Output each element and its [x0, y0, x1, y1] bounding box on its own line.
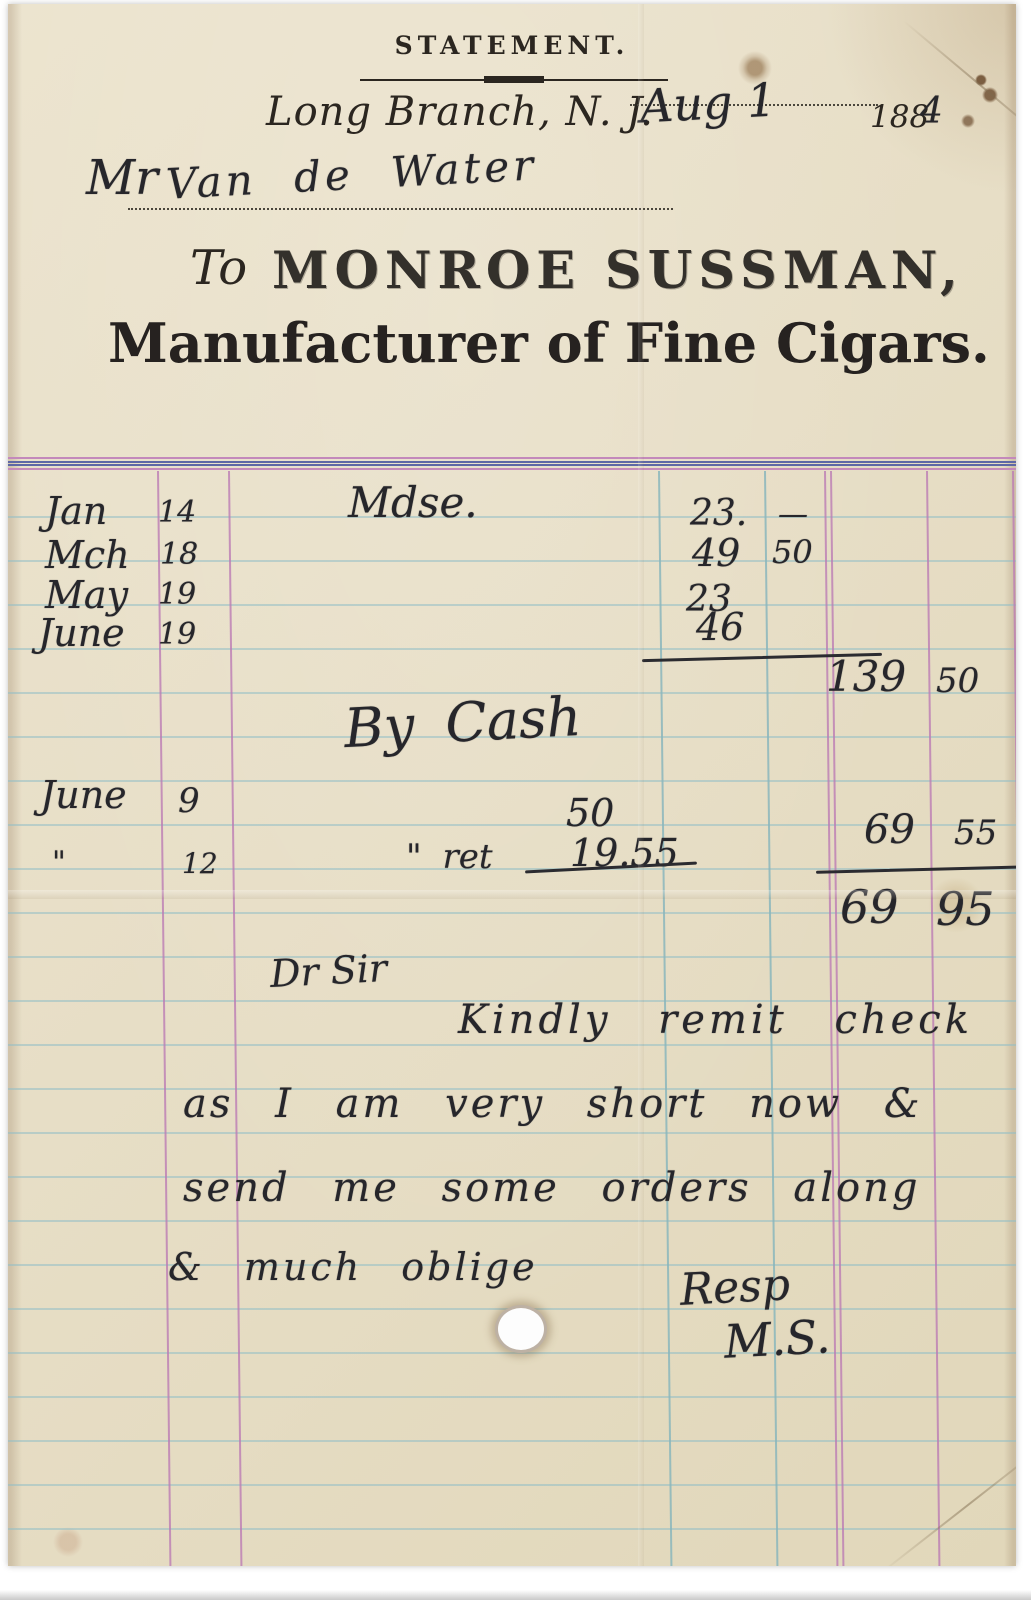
vrule-date-right — [228, 471, 242, 1566]
addressee-dotted-rule — [128, 208, 673, 210]
addressee-prefix: Mr — [86, 154, 158, 202]
title-rule-center-bar — [484, 76, 544, 83]
credits-heading: By Cash — [343, 690, 583, 756]
charges-total-dollars: 139 — [826, 656, 906, 698]
addressee-name: Van de Water — [165, 144, 538, 205]
note-line: Kindly remit check — [458, 1000, 973, 1040]
note-line: & much oblige — [168, 1248, 538, 1286]
credit-month: June — [40, 776, 127, 814]
charge-month: May — [45, 576, 128, 614]
charge-day: 19 — [158, 580, 196, 610]
billhead-to-label: To — [190, 244, 247, 292]
note-closing: Resp — [679, 1263, 791, 1313]
handwritten-date: Aug 1 — [639, 76, 777, 129]
credits-total-dollars: 69 — [864, 810, 915, 850]
place-dateline-printed: Long Branch, N. J. — [266, 92, 654, 132]
credit-month-ditto: " — [52, 848, 66, 878]
credit-description: " ret — [406, 840, 492, 874]
charge-day: 14 — [158, 498, 196, 528]
title-ornament-rule — [360, 76, 668, 83]
signature-initials: M.S. — [723, 1313, 831, 1364]
vertical-fold — [638, 4, 644, 1566]
charge-month: June — [38, 614, 125, 652]
charge-cents: — — [778, 500, 808, 530]
charge-day: 18 — [160, 540, 198, 570]
note-line: as I am very short now & — [183, 1084, 922, 1124]
charge-dollars: 23. — [690, 496, 747, 532]
charges-total-cents: 50 — [936, 664, 979, 698]
credit-day: 9 — [178, 784, 200, 818]
statement-title: STATEMENT. — [352, 33, 672, 58]
charge-day: 19 — [158, 620, 196, 650]
ledger-header-band — [8, 457, 1016, 470]
company-tagline: Manufacturer of Fine Cigars. — [108, 316, 936, 370]
credit-day: 12 — [182, 850, 218, 878]
vrule-right-margin — [1012, 471, 1016, 1566]
scan-bottom-edge — [0, 1590, 1031, 1600]
company-name: MONROE SUSSMAN, — [272, 246, 964, 297]
horizontal-fold — [8, 890, 1016, 899]
note-salutation: Dr Sir — [269, 949, 388, 993]
charge-description: Mdse. — [348, 482, 478, 524]
handwritten-year-digit: 4 — [920, 94, 943, 130]
credits-total-cents: 55 — [954, 816, 997, 850]
paper-sheet: STATEMENT. Long Branch, N. J. Aug 1 188 … — [8, 4, 1016, 1566]
charge-dollars: 46 — [696, 608, 744, 646]
charge-month: Mch — [45, 536, 130, 574]
note-line: send me some orders along — [183, 1168, 920, 1208]
charge-month: Jan — [45, 492, 107, 530]
scanned-statement-document: STATEMENT. Long Branch, N. J. Aug 1 188 … — [0, 0, 1031, 1600]
charge-dollars: 49 — [692, 534, 740, 572]
credit-amount: 50 — [566, 794, 614, 832]
charge-cents: 50 — [772, 536, 813, 568]
punched-hole — [495, 1305, 547, 1353]
